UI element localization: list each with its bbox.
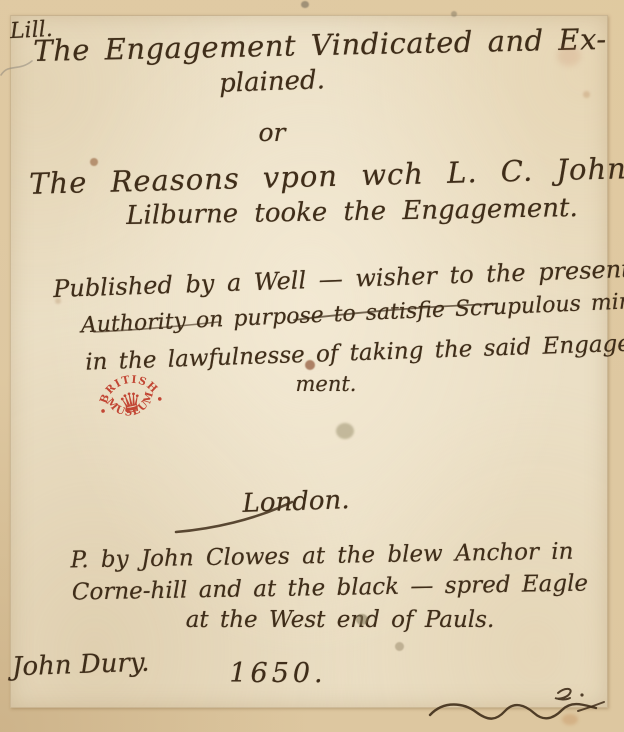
london-l-swash-flourish — [170, 496, 300, 538]
pencil-squiggle-mark — [0, 55, 34, 81]
imprint-line-3: at the West end of Pauls. — [28, 609, 624, 632]
backing-paper: Lill. The Engagement Vindicated and Ex- … — [0, 0, 624, 732]
stain-spot — [301, 1, 309, 8]
stamp-right-dot — [158, 397, 162, 401]
manuscript-scan-page: { "page": { "kind": "handwritten manuscr… — [0, 0, 624, 732]
title-conjunction: or — [0, 120, 584, 145]
statement-strike-flourish — [290, 300, 500, 324]
stamp-left-dot — [101, 409, 105, 413]
bottom-right-pen-flourish — [424, 682, 610, 728]
british-museum-stamp: BRITISH MUSEUM ♛ — [88, 360, 173, 445]
crown-icon: ♛ — [116, 386, 146, 421]
authority-underline-flourish — [92, 318, 222, 336]
